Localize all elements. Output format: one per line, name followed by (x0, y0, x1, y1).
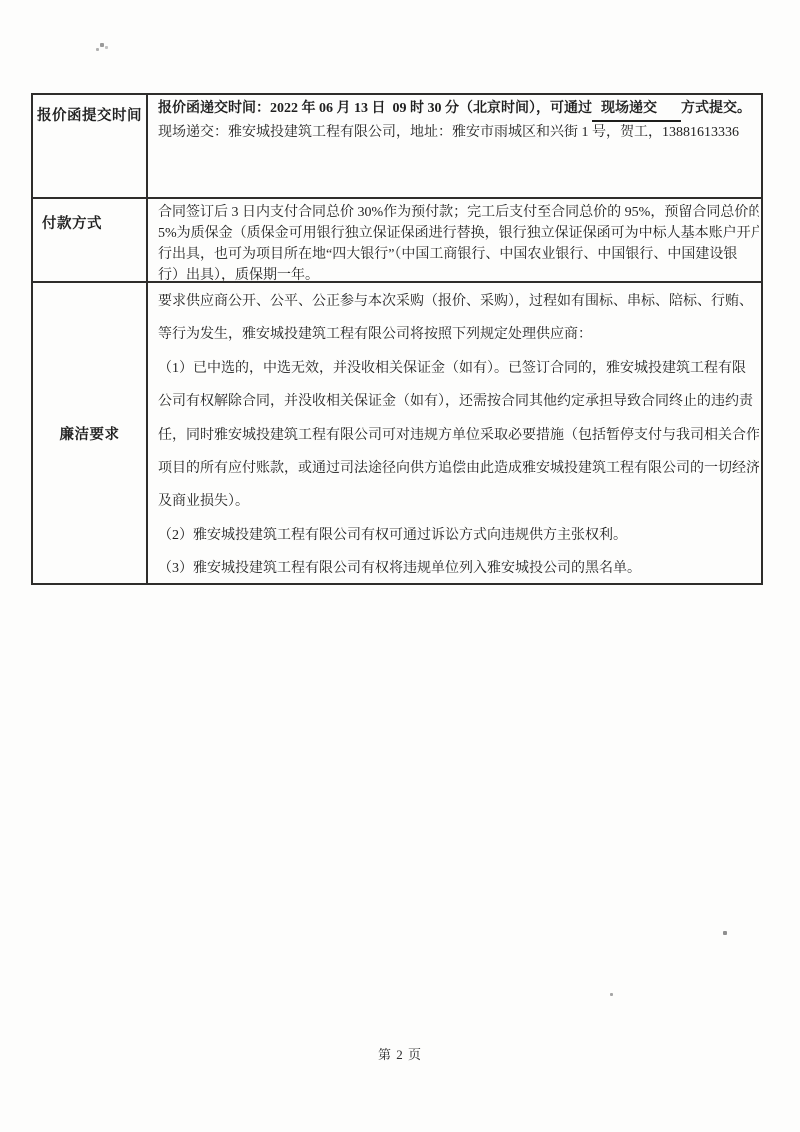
text-line: （2）雅安城投建筑工程有限公司有权可通过诉讼方式向违规供方主张权利。 (158, 519, 759, 552)
scan-speck (100, 43, 104, 47)
delivery-method-blank: 现场递交 (592, 98, 681, 122)
scan-speck (723, 931, 727, 935)
document-page: 报价函提交时间 报价函递交时间：2022 年 06 月 13 日 09 时 30… (0, 0, 800, 1132)
row-label-integrity-requirements: 廉洁要求 (33, 283, 148, 583)
procurement-terms-table: 报价函提交时间 报价函递交时间：2022 年 06 月 13 日 09 时 30… (31, 93, 763, 585)
row-label-payment-terms: 付款方式 (33, 199, 148, 283)
row-content-submission-time: 报价函递交时间：2022 年 06 月 13 日 09 时 30 分（北京时间）… (148, 95, 761, 199)
text-line: 合同签订后 3 日内支付合同总价 30%作为预付款；完工后支付至合同总价的 95… (158, 202, 759, 223)
text-line: （1）已中选的，中选无效，并没收相关保证金（如有）。已签订合同的，雅安城投建筑工… (158, 352, 759, 385)
text-line: 要求供应商公开、公平、公正参与本次采购（报价、采购），过程如有围标、串标、陪标、… (158, 285, 759, 318)
text-line: 行出具，也可为项目所在地“四大银行”（中国工商银行、中国农业银行、中国银行、中国… (158, 244, 759, 265)
scan-speck (96, 48, 99, 51)
text-line: 任，同时雅安城投建筑工程有限公司可对违规方单位采取必要措施（包括暂停支付与我司相… (158, 419, 759, 452)
text-line: 项目的所有应付账款，或通过司法途径向供方追偿由此造成雅安城投建筑工程有限公司的一… (158, 452, 759, 485)
page-footer: 第 2 页 (0, 1044, 800, 1063)
scan-speck (610, 993, 613, 996)
text-line: 及商业损失）。 (158, 485, 759, 518)
onsite-delivery-line: 现场递交：雅安城投建筑工程有限公司，地址：雅安市雨城区和兴街 1 号，贺工，13… (158, 122, 759, 144)
integrity-label-text: 廉洁要求 (60, 423, 120, 444)
submission-time-suffix: 方式提交。 (681, 101, 751, 116)
submission-time-line: 报价函递交时间：2022 年 06 月 13 日 09 时 30 分（北京时间）… (158, 98, 759, 122)
text-line: 5%为质保金（质保金可用银行独立保证保函进行替换，银行独立保证保函可为中标人基本… (158, 223, 759, 244)
text-line: 公司有权解除合同，并没收相关保证金（如有），还需按合同其他约定承担导致合同终止的… (158, 385, 759, 418)
text-line: 行）出具），质保期一年。 (158, 265, 759, 283)
text-line: 等行为发生，雅安城投建筑工程有限公司将按照下列规定处理供应商： (158, 318, 759, 351)
row-content-payment-terms: 合同签订后 3 日内支付合同总价 30%作为预付款；完工后支付至合同总价的 95… (148, 199, 761, 283)
row-content-integrity-requirements: 要求供应商公开、公平、公正参与本次采购（报价、采购），过程如有围标、串标、陪标、… (148, 283, 761, 583)
row-label-submission-time: 报价函提交时间 (33, 95, 148, 199)
scan-speck (105, 46, 108, 49)
submission-time-prefix: 报价函递交时间：2022 年 06 月 13 日 09 时 30 分（北京时间）… (158, 101, 592, 116)
text-line: （3）雅安城投建筑工程有限公司有权将违规单位列入雅安城投公司的黑名单。 (158, 552, 759, 583)
